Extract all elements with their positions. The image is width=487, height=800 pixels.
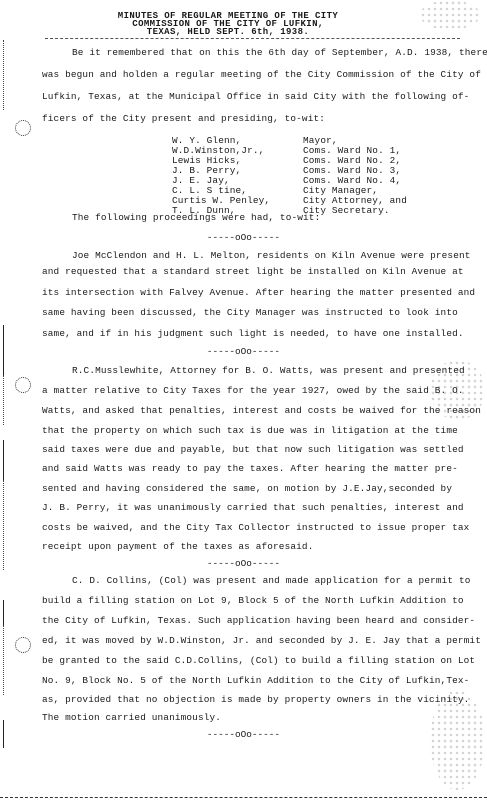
item2-line: Watts, and asked that penalties, interes… (42, 405, 481, 417)
item2-line: said taxes were due and payable, but tha… (42, 444, 464, 456)
item1-line: and requested that a standard street lig… (42, 266, 464, 278)
section-separator: -----oOo----- (0, 232, 487, 244)
item2-line: J. B. Perry, it was unanimously carried … (42, 502, 464, 514)
scanned-document-page: MINUTES OF REGULAR MEETING OF THE CITY C… (0, 0, 487, 800)
intro-line: Be it remembered that on this the 6th da… (72, 47, 487, 59)
item1-line: same, and if in his judgment such light … (42, 328, 464, 340)
section-separator: -----oOo----- (0, 558, 487, 570)
intro-line: ficers of the City present and presiding… (42, 113, 325, 125)
item3-line: as, provided that no objection is made b… (42, 694, 469, 706)
item3-line: ed, it was moved by W.D.Winston, Jr. and… (42, 635, 481, 647)
item1-line: same having been discussed, the City Man… (42, 307, 458, 319)
item2-line: receipt upon payment of the taxes as afo… (42, 541, 313, 553)
item2-line: that the property on which such tax is d… (42, 425, 458, 437)
punch-hole-icon (15, 637, 31, 653)
section-separator: -----oOo----- (0, 729, 487, 741)
item2-line: and said Watts was ready to pay the taxe… (42, 463, 458, 475)
header-divider (45, 38, 460, 39)
margin-scan-mark (3, 600, 4, 625)
scan-noise (420, 0, 480, 30)
proceedings-intro: The following proceedings were had, to-w… (72, 212, 320, 224)
item1-line: its intersection with Falvey Avenue. Aft… (42, 287, 475, 299)
intro-line: Lufkin, Texas, at the Municipal Office i… (42, 91, 469, 103)
punch-hole-icon (15, 377, 31, 393)
item3-line: No. 9, Block No. 5 of the North Lufkin A… (42, 675, 469, 687)
item2-line: costs be waived, and the City Tax Collec… (42, 522, 469, 534)
item2-line: a matter relative to City Taxes for the … (42, 385, 464, 397)
margin-scan-mark (3, 40, 4, 110)
punch-hole-icon (15, 120, 31, 136)
page-bottom-edge (0, 797, 487, 798)
margin-scan-mark (3, 375, 4, 425)
item2-line: sented and having considered the same, o… (42, 483, 452, 495)
item2-line: R.C.Musslewhite, Attorney for B. O. Watt… (72, 365, 465, 377)
item1-line: Joe McClendon and H. L. Melton, resident… (72, 250, 471, 262)
margin-scan-mark (3, 440, 4, 480)
item3-line: C. D. Collins, (Col) was present and mad… (72, 575, 471, 587)
intro-line: was begun and holden a regular meeting o… (42, 69, 481, 81)
document-title-line-3: TEXAS, HELD SEPT. 6th, 1938. (38, 28, 418, 37)
item3-line: The motion carried unanimously. (42, 712, 221, 724)
margin-scan-mark (3, 480, 4, 570)
margin-scan-mark (3, 625, 4, 695)
section-separator: -----oOo----- (0, 346, 487, 358)
item3-line: be granted to the said C.D.Collins, (Col… (42, 655, 475, 667)
item3-line: build a filling station on Lot 9, Block … (42, 595, 464, 607)
item3-line: the City of Lufkin, Texas. Such applicat… (42, 615, 475, 627)
